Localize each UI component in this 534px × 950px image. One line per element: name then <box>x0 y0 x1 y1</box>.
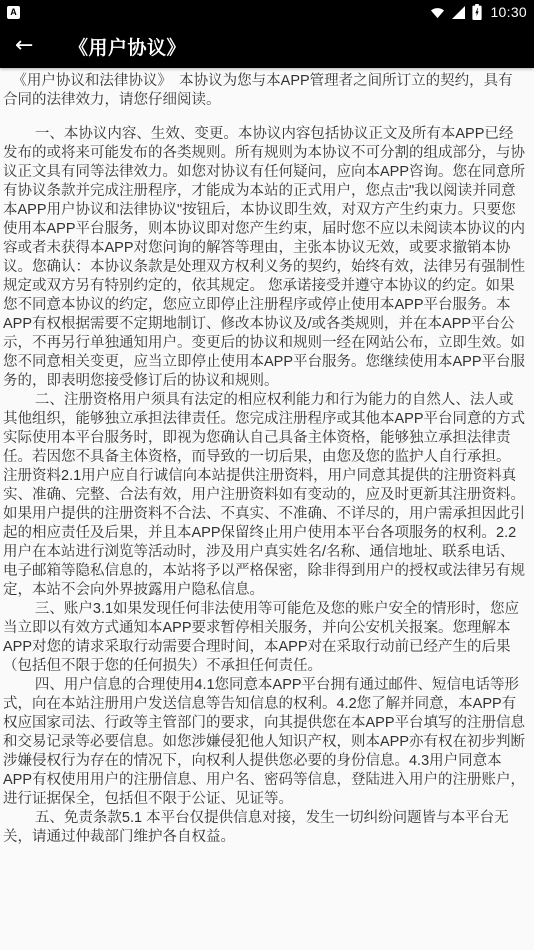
notification-a-icon: A <box>7 6 20 19</box>
status-time: 10:30 <box>490 4 527 20</box>
status-bar-right: 10:30 <box>430 4 527 20</box>
app-bar: ← 《用户协议》 <box>0 24 534 68</box>
agreement-section-4-paragraph: 四、用户信息的合理使用4.1您同意本APP平台拥有通过邮件、短信电话等形式，向在… <box>3 676 527 809</box>
agreement-section-5-paragraph: 五、免责条款5.1 本平台仅提供信息对接，发生一切纠纷问题皆与本平台无关，请通过… <box>3 809 527 847</box>
battery-charging-icon <box>472 4 482 20</box>
app-screen: A 10:30 ← 《用户协议》 《用户协议和法律协议》 本协议为您与本APP管… <box>0 0 534 950</box>
wifi-icon <box>430 6 445 19</box>
back-arrow-icon[interactable]: ← <box>15 35 45 57</box>
agreement-section-2-paragraph: 二、注册资格用户须具有法定的相应权利能力和行为能力的自然人、法人或其他组织，能够… <box>3 391 527 600</box>
agreement-intro-paragraph: 《用户协议和法律协议》 本协议为您与本APP管理者之间所订立的契约，具有合同的法… <box>3 72 527 110</box>
cellular-signal-icon <box>451 6 466 19</box>
status-bar: A 10:30 <box>0 0 534 24</box>
agreement-content[interactable]: 《用户协议和法律协议》 本协议为您与本APP管理者之间所订立的契约，具有合同的法… <box>0 68 534 950</box>
status-bar-left: A <box>7 6 20 19</box>
page-title: 《用户协议》 <box>69 33 186 60</box>
agreement-section-1-paragraph: 一、本协议内容、生效、变更。本协议内容包括协议正文及所有本APP已经发布的或将来… <box>3 125 527 391</box>
agreement-section-3-paragraph: 三、账户3.1如果发现任何非法使用等可能危及您的账户安全的情形时，您应当立即以有… <box>3 600 527 676</box>
